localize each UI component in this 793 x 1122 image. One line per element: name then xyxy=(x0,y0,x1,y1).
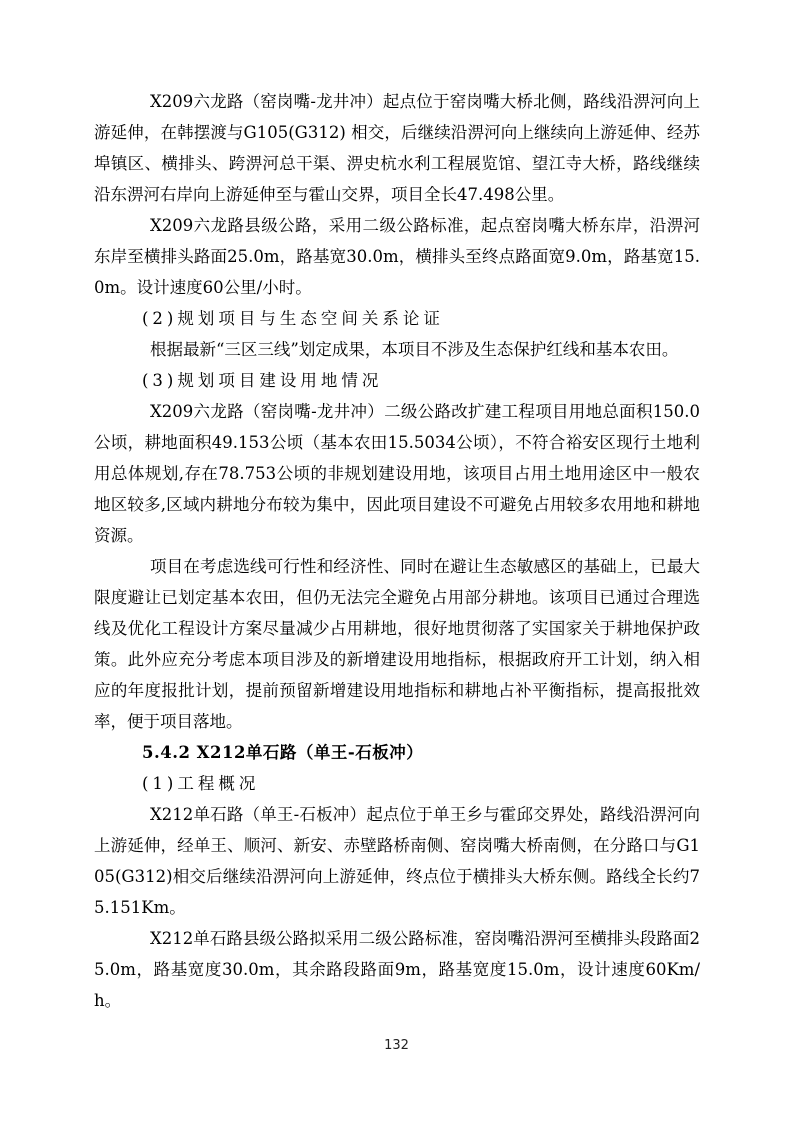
subheading-construction-land-use: (3)规划项目建设用地情况 xyxy=(94,365,700,396)
subheading-project-overview: (1)工程概况 xyxy=(94,768,700,799)
subheading-eco-space-relation: (2)规划项目与生态空间关系论证 xyxy=(94,303,700,334)
heading-section-5-4-2: 5.4.2 X212单石路（单王-石板冲） xyxy=(94,737,700,768)
document-page: X209六龙路（窑岗嘴-龙井冲）起点位于窑岗嘴大桥北侧，路线沿淠河向上游延伸，在… xyxy=(0,0,793,1122)
paragraph-land-area-details: X209六龙路（窑岗嘴-龙井冲）二级公路改扩建工程项目用地总面积150.0公顷，… xyxy=(94,396,700,551)
paragraph-x209-route-description: X209六龙路（窑岗嘴-龙井冲）起点位于窑岗嘴大桥北侧，路线沿淠河向上游延伸，在… xyxy=(94,86,700,210)
paragraph-eco-redline-conclusion: 根据最新“三区三线”划定成果，本项目不涉及生态保护红线和基本农田。 xyxy=(94,334,700,365)
page-number: 132 xyxy=(0,1038,793,1053)
document-body: X209六龙路（窑岗嘴-龙井冲）起点位于窑岗嘴大桥北侧，路线沿淠河向上游延伸，在… xyxy=(94,86,700,1016)
paragraph-x209-road-standard: X209六龙路县级公路，采用二级公路标准，起点窑岗嘴大桥东岸，沿淠河东岸至横排头… xyxy=(94,210,700,303)
paragraph-farmland-mitigation: 项目在考虑选线可行性和经济性、同时在避让生态敏感区的基础上，已最大限度避让已划定… xyxy=(94,551,700,737)
paragraph-x212-road-standard: X212单石路县级公路拟采用二级公路标准，窑岗嘴沿淠河至横排头段路面25.0m，… xyxy=(94,923,700,1016)
paragraph-x212-route-description: X212单石路（单王-石板冲）起点位于单王乡与霍邱交界处，路线沿淠河向上游延伸，… xyxy=(94,799,700,923)
